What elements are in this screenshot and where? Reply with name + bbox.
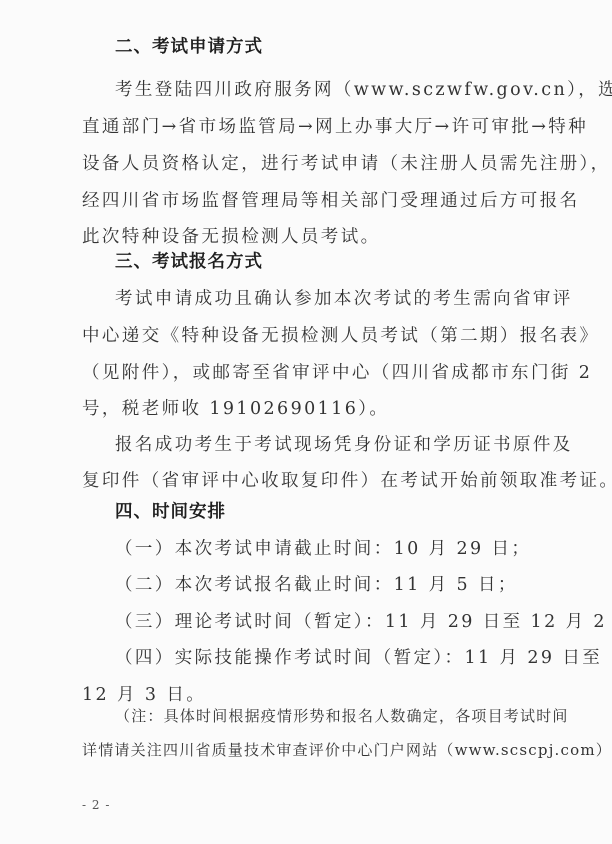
document-page: 二、考试申请方式 考生登陆四川政府服务网（www.sczwfw.gov.cn），… xyxy=(0,0,612,844)
section-2-line: 设备人员资格认定，进行考试申请（未注册人员需先注册）， xyxy=(82,152,532,176)
section-2-heading: 二、考试申请方式 xyxy=(115,35,565,59)
section-4-heading: 四、时间安排 xyxy=(115,500,565,524)
section-2-line: 考生登陆四川政府服务网（www.sczwfw.gov.cn），选择 xyxy=(115,78,565,102)
section-3-line: 报名成功考生于考试现场凭身份证和学历证书原件及 xyxy=(115,433,565,457)
note-line: 详情请关注四川省质量技术审查评价中心门户网站（www.scscpj.com） xyxy=(82,738,532,762)
section-3-heading: 三、考试报名方式 xyxy=(115,250,565,274)
section-3-line: 中心递交《特种设备无损检测人员考试（第二期）报名表》 xyxy=(82,324,532,348)
section-3-line: （见附件），或邮寄至省审评中心（四川省成都市东门街 2 xyxy=(82,361,532,385)
schedule-item: （二）本次考试报名截止时间：11 月 5 日； xyxy=(115,573,565,597)
schedule-item: （四）实际技能操作考试时间（暂定）：11 月 29 日至 xyxy=(115,646,565,670)
schedule-item: （一）本次考试申请截止时间：10 月 29 日； xyxy=(115,537,565,561)
section-2-line: 直通部门→省市场监管局→网上办事大厅→许可审批→特种 xyxy=(82,115,532,139)
section-3-line: 复印件（省审评中心收取复印件）在考试开始前领取准考证。 xyxy=(82,469,532,493)
schedule-item: （三）理论考试时间（暂定）：11 月 29 日至 12 月 2 日； xyxy=(115,610,565,634)
section-3-line: 号，税老师收 19102690116）。 xyxy=(82,397,532,421)
section-2-line: 经四川省市场监督管理局等相关部门受理通过后方可报名 xyxy=(82,189,532,213)
section-2-line: 此次特种设备无损检测人员考试。 xyxy=(82,225,532,249)
page-number: - 2 - xyxy=(82,798,110,812)
section-3-line: 考试申请成功且确认参加本次考试的考生需向省审评 xyxy=(115,287,565,311)
note-line: （注：具体时间根据疫情形势和报名人数确定，各项目考试时间 xyxy=(115,704,565,728)
